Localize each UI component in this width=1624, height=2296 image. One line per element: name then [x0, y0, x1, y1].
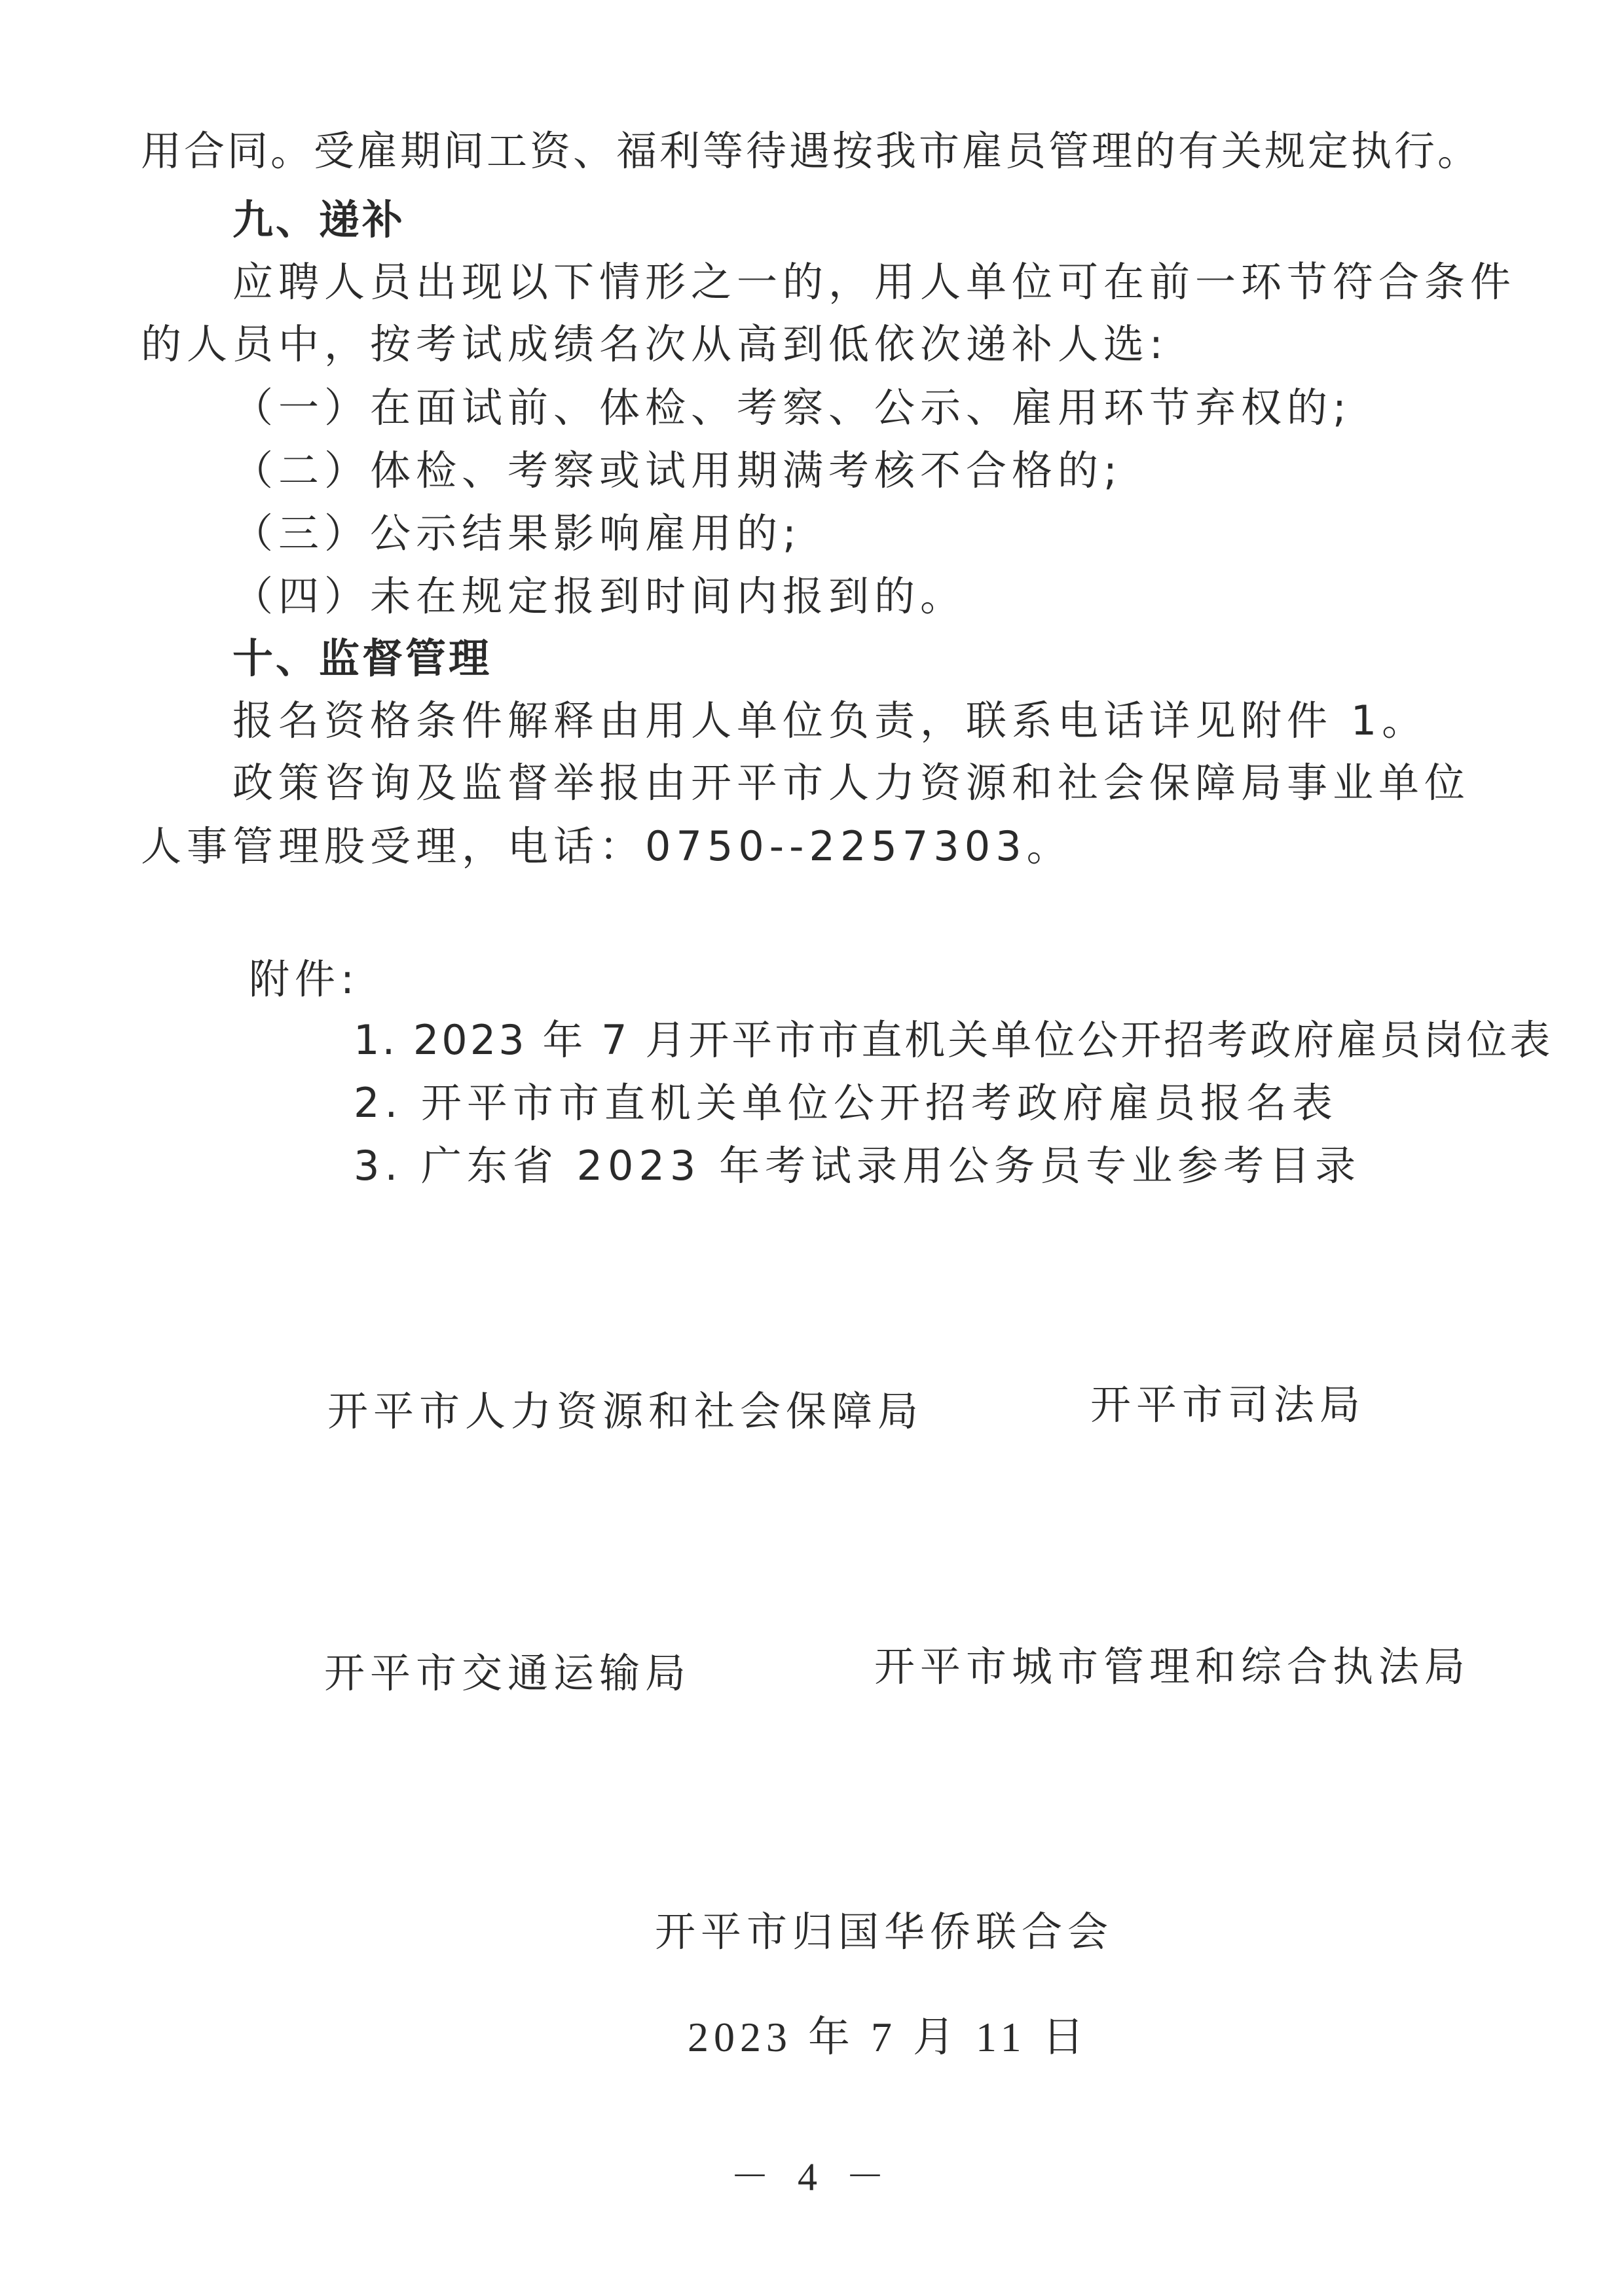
attachments-label: 附件: [249, 959, 360, 1000]
paragraph-line: 报名资格条件解释由用人单位负责，联系电话详见附件 1。 [232, 701, 1428, 741]
signatory: 开平市归国华侨联合会 [655, 1912, 1113, 1952]
attachment-item: 2. 开平市市直机关单位公开招考政府雇员报名表 [354, 1083, 1338, 1123]
list-item: （二）体检、考察或试用期满考核不合格的; [232, 450, 1122, 491]
signatory: 开平市司法局 [1090, 1385, 1365, 1425]
paragraph-line: 应聘人员出现以下情形之一的，用人单位可在前一环节符合条件 [232, 262, 1516, 302]
paragraph-line: 用合同。受雇期间工资、福利等待遇按我市雇员管理的有关规定执行。 [141, 131, 1481, 172]
paragraph-line: 的人员中，按考试成绩名次从高到低依次递补人选: [141, 324, 1168, 365]
signatory: 开平市城市管理和综合执法局 [874, 1647, 1470, 1687]
paragraph-line: 人事管理股受理，电话：0750--2257303。 [141, 826, 1073, 867]
attachment-item: 1. 2023 年 7 月开平市市直机关单位公开招考政府雇员岗位表 [354, 1020, 1553, 1061]
section-heading-9: 九、递补 [232, 200, 405, 240]
page-number: － 4 － [0, 2157, 1624, 2196]
list-item: （一）在面试前、体检、考察、公示、雇用环节弃权的; [232, 388, 1352, 428]
signatory: 开平市交通运输局 [324, 1653, 691, 1694]
list-item: （四）未在规定报到时间内报到的。 [232, 576, 966, 617]
list-item: （三）公示结果影响雇用的; [232, 513, 802, 554]
attachment-item: 3. 广东省 2023 年考试录用公务员专业参考目录 [354, 1146, 1361, 1186]
paragraph-line: 政策咨询及监督举报由开平市人力资源和社会保障局事业单位 [232, 763, 1470, 803]
signatory: 开平市人力资源和社会保障局 [327, 1391, 923, 1432]
section-heading-10: 十、监督管理 [232, 638, 492, 679]
document-date: 2023 年 7 月 11 日 [688, 2016, 1090, 2058]
